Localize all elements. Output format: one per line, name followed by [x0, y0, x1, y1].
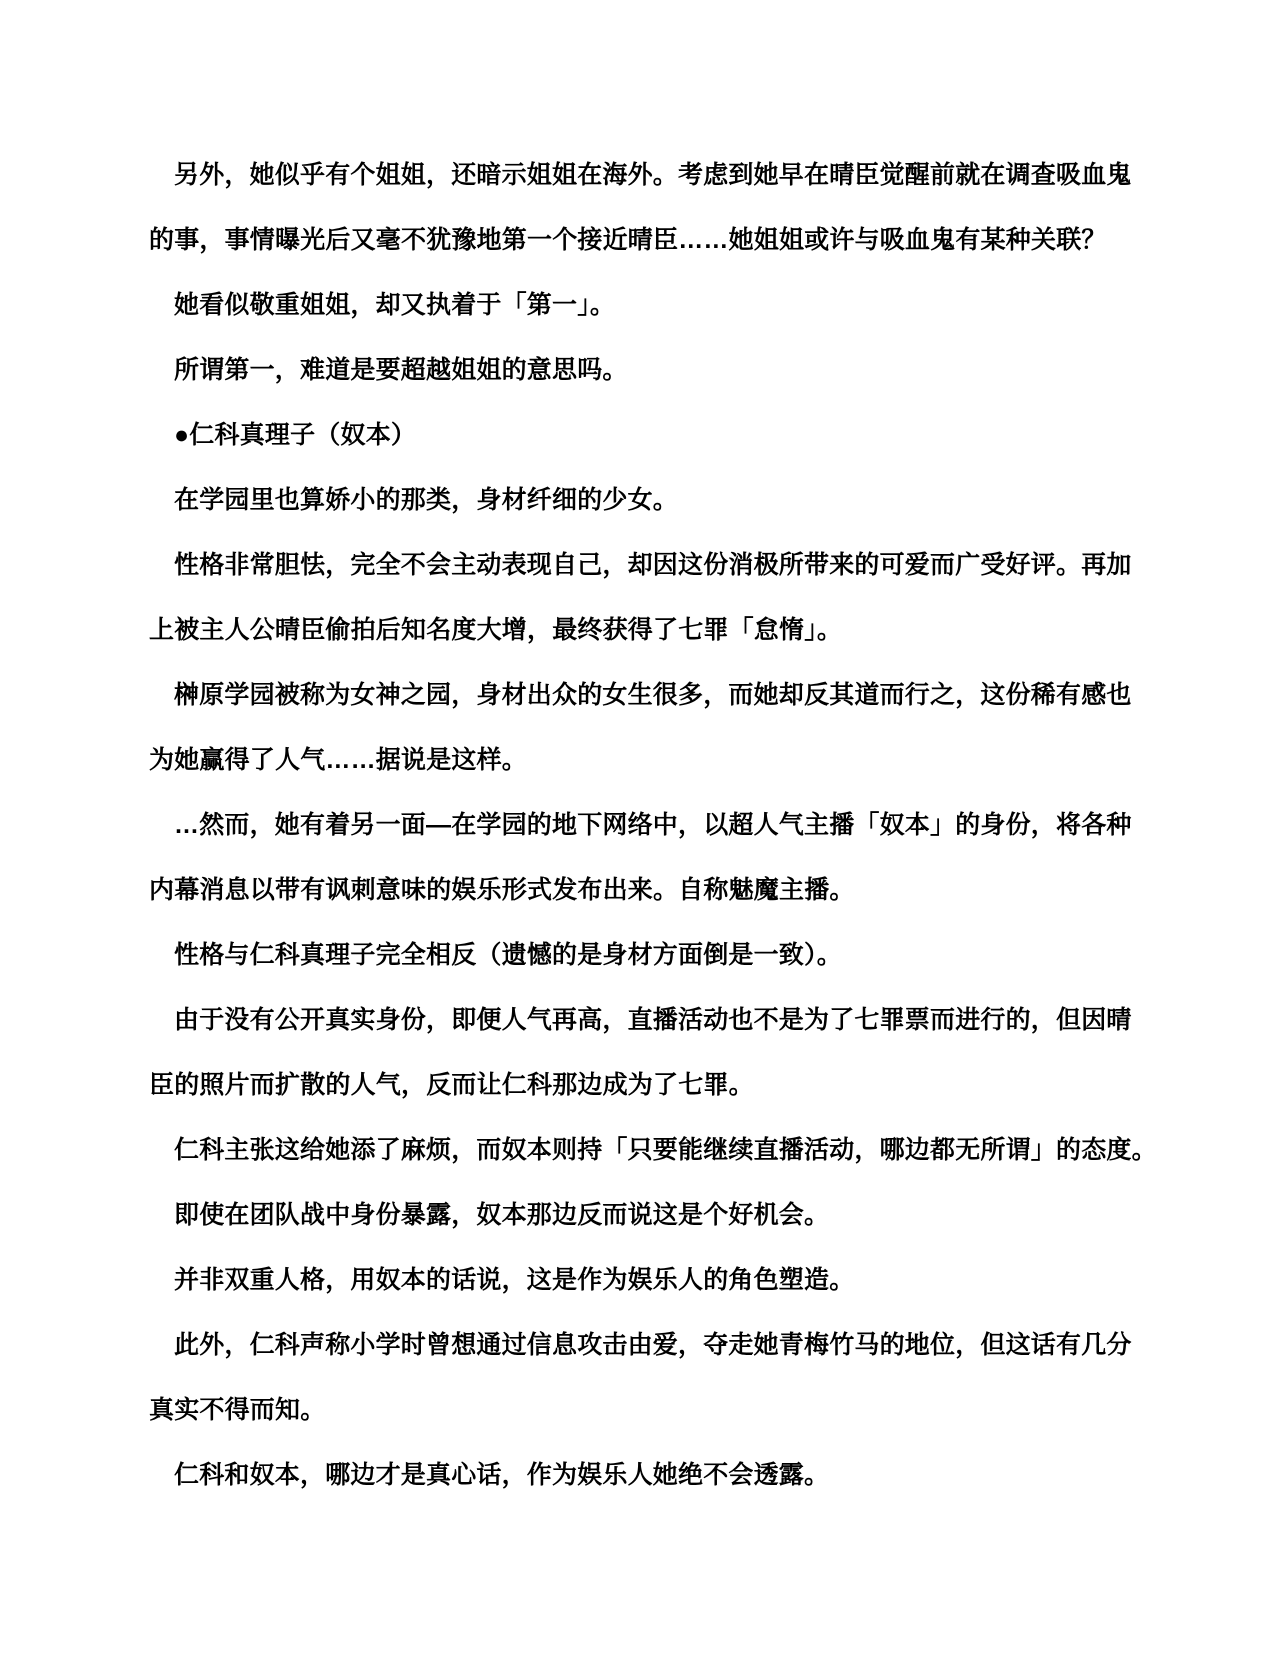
text-line: 仁科主张这给她添了麻烦，而奴本则持「只要能继续直播活动，哪边都无所谓」的态度。	[149, 1118, 1209, 1183]
section-heading-line: ●仁科真理子（奴本）	[149, 403, 1209, 468]
paragraph: …然而，她有着另一面—在学园的地下网络中，以超人气主播「奴本」的身份，将各种内幕…	[149, 793, 1209, 923]
text-line: 由于没有公开真实身份，即便人气再高，直播活动也不是为了七罪票而进行的，但因晴	[149, 988, 1209, 1053]
section-heading: ●仁科真理子（奴本）	[149, 403, 1209, 468]
document-page: 另外，她似乎有个姐姐，还暗示姐姐在海外。考虑到她早在晴臣觉醒前就在调查吸血鬼的事…	[0, 0, 1280, 1656]
text-line: 另外，她似乎有个姐姐，还暗示姐姐在海外。考虑到她早在晴臣觉醒前就在调查吸血鬼	[149, 143, 1209, 208]
text-line: 臣的照片而扩散的人气，反而让仁科那边成为了七罪。	[149, 1053, 1209, 1118]
text-line: 所谓第一，难道是要超越姐姐的意思吗。	[149, 338, 1209, 403]
text-line: 即使在团队战中身份暴露，奴本那边反而说这是个好机会。	[149, 1183, 1209, 1248]
paragraph: 另外，她似乎有个姐姐，还暗示姐姐在海外。考虑到她早在晴臣觉醒前就在调查吸血鬼的事…	[149, 143, 1209, 273]
paragraph: 此外，仁科声称小学时曾想通过信息攻击由爱，夺走她青梅竹马的地位，但这话有几分真实…	[149, 1313, 1209, 1443]
paragraph: 在学园里也算娇小的那类，身材纤细的少女。	[149, 468, 1209, 533]
document-text: 另外，她似乎有个姐姐，还暗示姐姐在海外。考虑到她早在晴臣觉醒前就在调查吸血鬼的事…	[149, 143, 1209, 1508]
text-line: 她看似敬重姐姐，却又执着于「第一」。	[149, 273, 1209, 338]
text-line: 上被主人公晴臣偷拍后知名度大增，最终获得了七罪「怠惰」。	[149, 598, 1209, 663]
paragraph: 榊原学园被称为女神之园，身材出众的女生很多，而她却反其道而行之，这份稀有感也为她…	[149, 663, 1209, 793]
text-line: 性格与仁科真理子完全相反（遗憾的是身材方面倒是一致）。	[149, 923, 1209, 988]
paragraph: 性格非常胆怯，完全不会主动表现自己，却因这份消极所带来的可爱而广受好评。再加上被…	[149, 533, 1209, 663]
text-line: …然而，她有着另一面—在学园的地下网络中，以超人气主播「奴本」的身份，将各种	[149, 793, 1209, 858]
paragraph: 她看似敬重姐姐，却又执着于「第一」。	[149, 273, 1209, 338]
text-line: 内幕消息以带有讽刺意味的娱乐形式发布出来。自称魅魔主播。	[149, 858, 1209, 923]
paragraph: 所谓第一，难道是要超越姐姐的意思吗。	[149, 338, 1209, 403]
paragraph: 并非双重人格，用奴本的话说，这是作为娱乐人的角色塑造。	[149, 1248, 1209, 1313]
paragraph: 由于没有公开真实身份，即便人气再高，直播活动也不是为了七罪票而进行的，但因晴臣的…	[149, 988, 1209, 1118]
text-line: 性格非常胆怯，完全不会主动表现自己，却因这份消极所带来的可爱而广受好评。再加	[149, 533, 1209, 598]
text-line: 的事，事情曝光后又毫不犹豫地第一个接近晴臣……她姐姐或许与吸血鬼有某种关联？	[149, 208, 1209, 273]
text-line: 并非双重人格，用奴本的话说，这是作为娱乐人的角色塑造。	[149, 1248, 1209, 1313]
paragraph: 性格与仁科真理子完全相反（遗憾的是身材方面倒是一致）。	[149, 923, 1209, 988]
paragraph: 仁科和奴本，哪边才是真心话，作为娱乐人她绝不会透露。	[149, 1443, 1209, 1508]
text-line: 为她赢得了人气……据说是这样。	[149, 728, 1209, 793]
text-line: 榊原学园被称为女神之园，身材出众的女生很多，而她却反其道而行之，这份稀有感也	[149, 663, 1209, 728]
text-line: 真实不得而知。	[149, 1378, 1209, 1443]
text-line: 仁科和奴本，哪边才是真心话，作为娱乐人她绝不会透露。	[149, 1443, 1209, 1508]
paragraph: 仁科主张这给她添了麻烦，而奴本则持「只要能继续直播活动，哪边都无所谓」的态度。	[149, 1118, 1209, 1183]
text-line: 在学园里也算娇小的那类，身材纤细的少女。	[149, 468, 1209, 533]
text-line: 此外，仁科声称小学时曾想通过信息攻击由爱，夺走她青梅竹马的地位，但这话有几分	[149, 1313, 1209, 1378]
paragraph: 即使在团队战中身份暴露，奴本那边反而说这是个好机会。	[149, 1183, 1209, 1248]
